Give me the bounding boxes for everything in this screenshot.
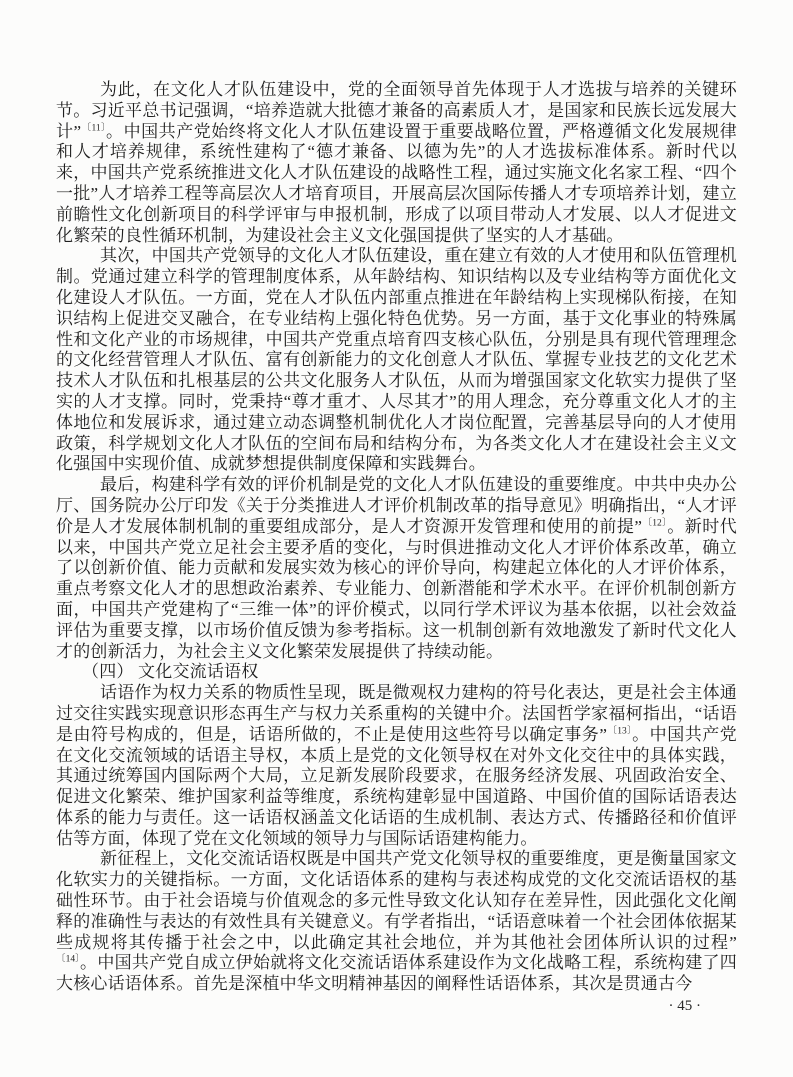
paragraph-new-journey-discourse: 新征程上，文化交流话语权既是中国共产党文化领导权的重要维度，更是衡量国家文化软实… xyxy=(56,849,737,995)
page-footer: · 45 · xyxy=(56,998,737,1015)
paragraph-talent-selection: 为此，在文化人才队伍建设中，党的全面领导首先体现于人才选拔与培养的关键环节。习近… xyxy=(56,80,737,246)
citation-marker: 〔11〕 xyxy=(81,123,106,133)
section-heading-cultural-exchange-discourse: （四） 文化交流话语权 xyxy=(56,662,737,683)
paragraph-discourse-power: 话语作为权力关系的物质性呈现，既是微观权力建构的符号化表达，更是社会主体通过交往… xyxy=(56,683,737,849)
article-body: 为此，在文化人才队伍建设中，党的全面领导首先体现于人才选拔与培养的关键环节。习近… xyxy=(56,80,737,995)
document-page: 为此，在文化人才队伍建设中，党的全面领导首先体现于人才选拔与培养的关键环节。习近… xyxy=(0,0,793,1077)
paragraph-talent-management: 其次，中国共产党领导的文化人才队伍建设，重在建立有效的人才使用和队伍管理机制。党… xyxy=(56,246,737,475)
citation-marker: 〔14〕 xyxy=(56,955,80,965)
paragraph-evaluation-mechanism: 最后，构建科学有效的评价机制是党的文化人才队伍建设的重要维度。中共中央办公厅、国… xyxy=(56,475,737,662)
citation-marker: 〔13〕 xyxy=(607,726,632,736)
citation-marker: 〔12〕 xyxy=(642,518,667,528)
page-number: · 45 · xyxy=(669,998,702,1014)
